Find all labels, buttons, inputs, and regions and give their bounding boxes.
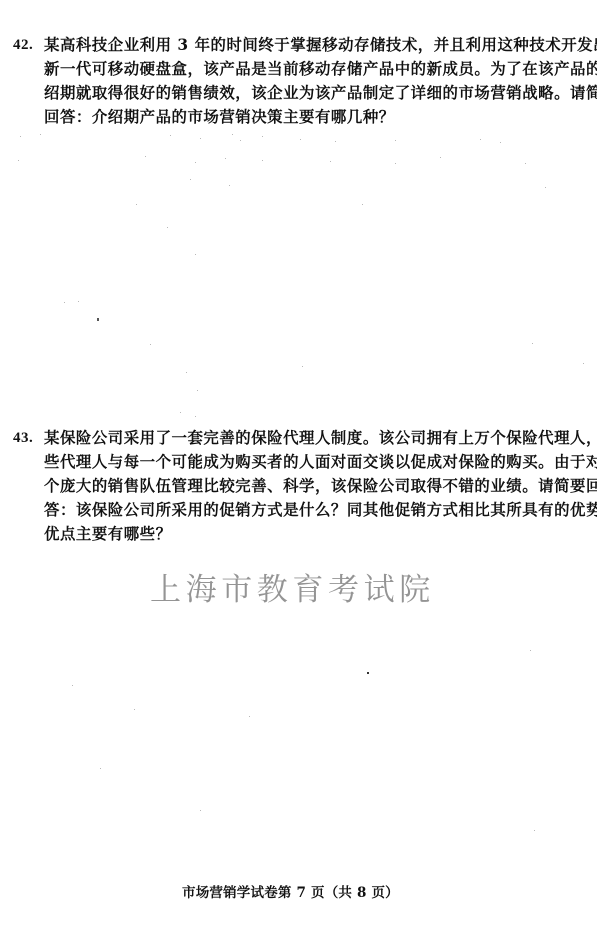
question-number: 43. bbox=[13, 426, 33, 450]
watermark-text: 上海市教育考试院 bbox=[150, 570, 440, 610]
question-text: 某保险公司采用了一套完善的保险代理人制度。该公司拥有上万个保险代理人，这 些代理… bbox=[44, 426, 580, 546]
question-line: 某高科技企业利用 3 年的时间终于掌握移动存储技术，并且利用这种技术开发出了 bbox=[44, 33, 580, 57]
question-text: 某高科技企业利用 3 年的时间终于掌握移动存储技术，并且利用这种技术开发出了 新… bbox=[44, 33, 580, 129]
question-line: 些代理人与每一个可能成为购买者的人面对面交谈以促成对保险的购买。由于对这 bbox=[44, 450, 580, 474]
question-line: 个庞大的销售队伍管理比较完善、科学，该保险公司取得不错的业绩。请简要回 bbox=[44, 474, 580, 498]
exam-page: 42. 某高科技企业利用 3 年的时间终于掌握移动存储技术，并且利用这种技术开发… bbox=[0, 0, 597, 931]
question-line: 某保险公司采用了一套完善的保险代理人制度。该公司拥有上万个保险代理人，这 bbox=[44, 426, 580, 450]
page-footer: 市场营销学试卷第 7 页（共 8 页） bbox=[182, 883, 399, 903]
question-line: 绍期就取得很好的销售绩效，该企业为该产品制定了详细的市场营销战略。请简要 bbox=[44, 81, 580, 105]
question-line: 答：该保险公司所采用的促销方式是什么？同其他促销方式相比其所具有的优势或 bbox=[44, 498, 580, 522]
question-number: 42. bbox=[13, 33, 33, 57]
question-line: 优点主要有哪些？ bbox=[44, 522, 580, 546]
question-line: 新一代可移动硬盘盒，该产品是当前移动存储产品中的新成员。为了在该产品的介 bbox=[44, 57, 580, 81]
question-line: 回答：介绍期产品的市场营销决策主要有哪几种？ bbox=[44, 105, 580, 129]
